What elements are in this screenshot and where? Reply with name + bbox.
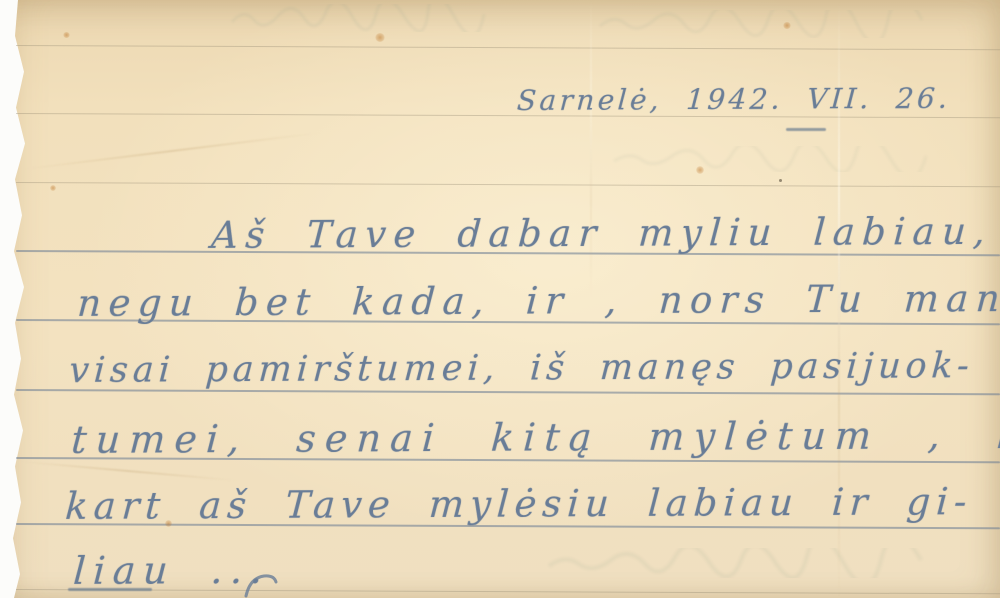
letter-body-line: visai pamirštumei, iš manęs pasijuok- [68, 346, 975, 391]
ink-speck [779, 179, 782, 182]
letter-body-line: kart aš Tave mylėsiu labiau ir gi- [64, 480, 974, 528]
letter-body-line: negu bet kada, ir , nors Tu mane [76, 277, 1000, 325]
scanned-letter-photo: Sarnelė, 1942. VII. 26. Aš Tave dabar my… [0, 0, 1000, 598]
letter-body-line: tumei, senai kitą mylėtum , kas [70, 413, 1000, 462]
letter-body-line: Aš Tave dabar myliu labiau, [210, 210, 994, 257]
date-roman-numeral-underline [786, 128, 826, 131]
letter-dateline: Sarnelė, 1942. VII. 26. [516, 82, 952, 117]
cutoff-stroke [240, 572, 280, 598]
